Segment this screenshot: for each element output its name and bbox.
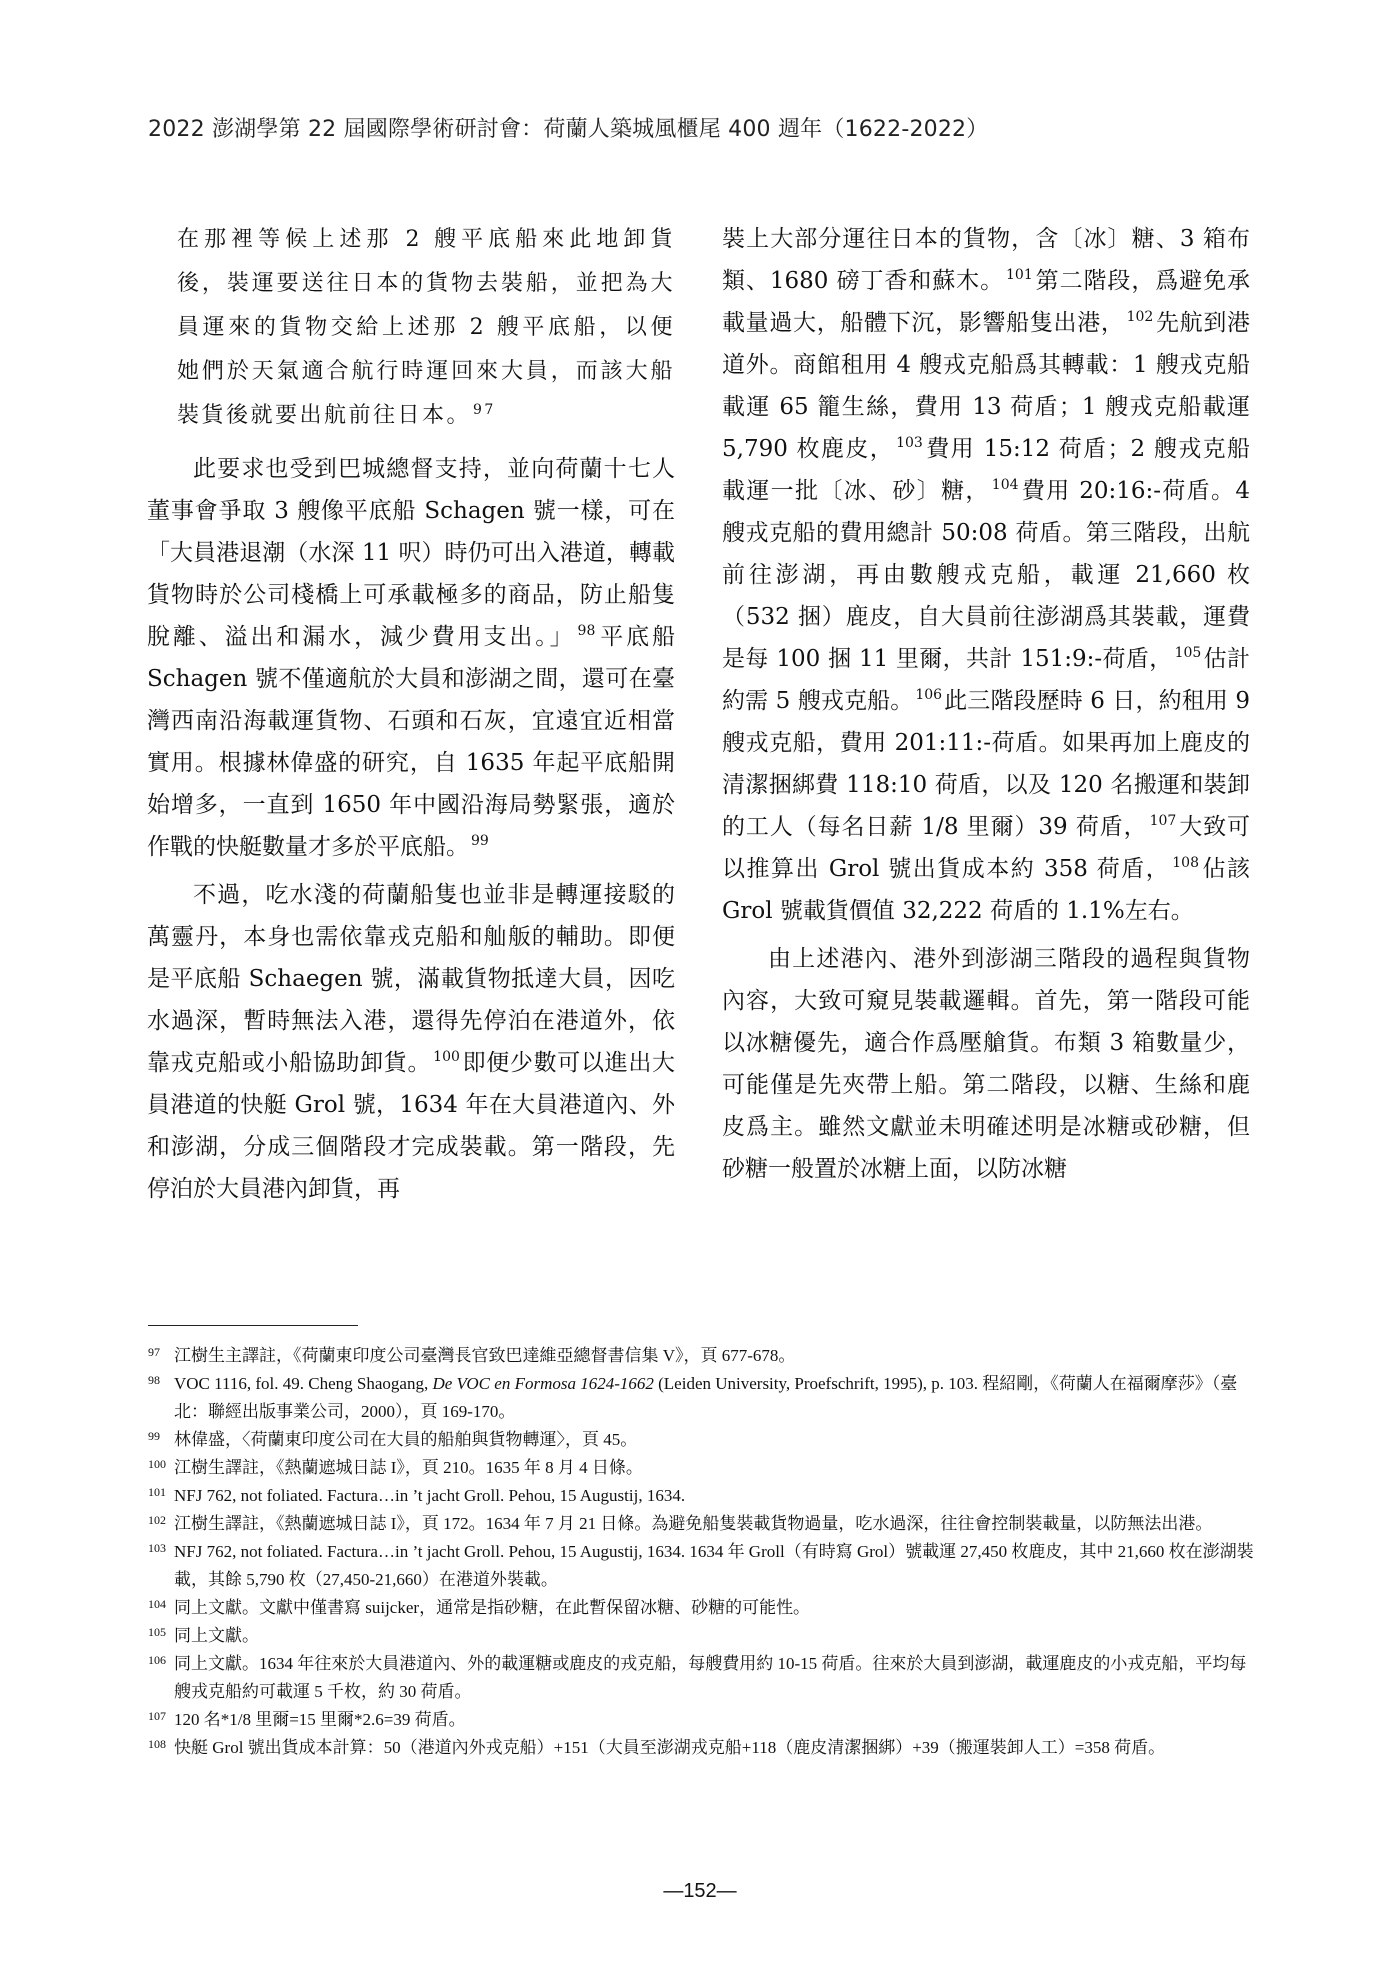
paragraph-text: 不過，吃水淺的荷蘭船隻也並非是轉運接駁的萬靈丹，本身也需依靠戎克船和舢舨的輔助。… bbox=[147, 882, 675, 1076]
footnote-text: 同上文獻。 bbox=[174, 1626, 259, 1645]
footnote-ref-101[interactable]: 101 bbox=[1006, 267, 1033, 283]
footnote-divider bbox=[148, 1325, 358, 1326]
paragraph: 不過，吃水淺的荷蘭船隻也並非是轉運接駁的萬靈丹，本身也需依靠戎克船和舢舨的輔助。… bbox=[147, 874, 675, 1210]
footnote-text: 同上文獻。1634 年往來於大員港道內、外的載運糖或鹿皮的戎克船，每艘費用約 1… bbox=[174, 1654, 1246, 1701]
footnote-number: 105 bbox=[148, 1622, 166, 1642]
page-number: —152— bbox=[0, 1880, 1400, 1903]
footnote-number: 107 bbox=[148, 1706, 166, 1726]
paragraph: 裝上大部分運往日本的貨物，含〔冰〕糖、3 箱布類、1680 磅丁香和蘇木。101… bbox=[722, 218, 1250, 932]
footnote-text: 江樹生譯註，《熱蘭遮城日誌 I》，頁 210。1635 年 8 月 4 日條。 bbox=[174, 1458, 643, 1477]
footnote-number: 101 bbox=[148, 1482, 166, 1502]
footnote-number: 97 bbox=[148, 1342, 160, 1362]
footnote-number: 103 bbox=[148, 1538, 166, 1558]
footnote-102: 102江樹生譯註，《熱蘭遮城日誌 I》，頁 172。1634 年 7 月 21 … bbox=[148, 1510, 1258, 1538]
paragraph-text: 費用 20:16:-荷盾。4 艘戎克船的費用總計 50:08 荷盾。第三階段，出… bbox=[722, 478, 1250, 672]
paragraph: 由上述港內、港外到澎湖三階段的過程與貨物內容，大致可窺見裝載邏輯。首先，第一階段… bbox=[722, 938, 1250, 1190]
footnote-99: 99林偉盛，〈荷蘭東印度公司在大員的船舶與貨物轉運〉，頁 45。 bbox=[148, 1426, 1258, 1454]
footnote-ref-106[interactable]: 106 bbox=[915, 687, 942, 703]
quote-text: 在那裡等候上述那 2 艘平底船來此地卸貨後，裝運要送往日本的貨物去裝船，並把為大… bbox=[177, 227, 675, 428]
paragraph-text: 此要求也受到巴城總督支持，並向荷蘭十七人董事會爭取 3 艘像平底船 Schage… bbox=[147, 456, 675, 650]
footnote-number: 98 bbox=[148, 1370, 160, 1390]
footnote-text: VOC 1116, fol. 49. Cheng Shaogang, bbox=[174, 1374, 432, 1393]
footnote-text: 江樹生譯註，《熱蘭遮城日誌 I》，頁 172。1634 年 7 月 21 日條。… bbox=[174, 1514, 1212, 1533]
footnote-103: 103NFJ 762, not foliated. Factura…in ’t … bbox=[148, 1538, 1258, 1594]
footnote-ref-105[interactable]: 105 bbox=[1175, 645, 1202, 661]
footnote-106: 106同上文獻。1634 年往來於大員港道內、外的載運糖或鹿皮的戎克船，每艘費用… bbox=[148, 1650, 1258, 1706]
paragraph-text: 由上述港內、港外到澎湖三階段的過程與貨物內容，大致可窺見裝載邏輯。首先，第一階段… bbox=[722, 946, 1250, 1182]
footnote-105: 105同上文獻。 bbox=[148, 1622, 1258, 1650]
footnote-text: 快艇 Grol 號出貨成本計算：50（港道內外戎克船）+151（大員至澎湖戎克船… bbox=[174, 1738, 1165, 1757]
footnote-ref-103[interactable]: 103 bbox=[896, 435, 923, 451]
footnote-number: 108 bbox=[148, 1734, 166, 1754]
footnote-number: 102 bbox=[148, 1510, 166, 1530]
footnote-text: NFJ 762, not foliated. Factura…in ’t jac… bbox=[174, 1486, 685, 1505]
footnote-text: 林偉盛，〈荷蘭東印度公司在大員的船舶與貨物轉運〉，頁 45。 bbox=[174, 1430, 637, 1449]
running-header: 2022 澎湖學第 22 屆國際學術研討會：荷蘭人築城風櫃尾 400 週年（16… bbox=[148, 112, 988, 143]
footnote-104: 104同上文獻。文獻中僅書寫 suijcker，通常是指砂糖，在此暫保留冰糖、砂… bbox=[148, 1594, 1258, 1622]
footnote-107: 107120 名*1/8 里爾=15 里爾*2.6=39 荷盾。 bbox=[148, 1706, 1258, 1734]
footnotes: 97江樹生主譯註，《荷蘭東印度公司臺灣長官致巴達維亞總督書信集 V》，頁 677… bbox=[148, 1342, 1258, 1762]
paragraph-text: 平底船 Schagen 號不僅適航於大員和澎湖之間，還可在臺灣西南沿海載運貨物、… bbox=[147, 624, 675, 860]
footnote-97: 97江樹生主譯註，《荷蘭東印度公司臺灣長官致巴達維亞總督書信集 V》，頁 677… bbox=[148, 1342, 1258, 1370]
footnote-ref-99[interactable]: 99 bbox=[471, 833, 489, 849]
block-quote: 在那裡等候上述那 2 艘平底船來此地卸貨後，裝運要送往日本的貨物去裝船，並把為大… bbox=[147, 218, 675, 438]
footnote-101: 101NFJ 762, not foliated. Factura…in ’t … bbox=[148, 1482, 1258, 1510]
footnote-ref-108[interactable]: 108 bbox=[1172, 855, 1199, 871]
footnote-98: 98VOC 1116, fol. 49. Cheng Shaogang, De … bbox=[148, 1370, 1258, 1426]
footnote-book-title: De VOC en Formosa 1624-1662 bbox=[432, 1374, 653, 1393]
footnote-ref-100[interactable]: 100 bbox=[433, 1049, 460, 1065]
footnote-number: 106 bbox=[148, 1650, 166, 1670]
footnote-number: 99 bbox=[148, 1426, 160, 1446]
footnote-number: 100 bbox=[148, 1454, 166, 1474]
right-column: 裝上大部分運往日本的貨物，含〔冰〕糖、3 箱布類、1680 磅丁香和蘇木。101… bbox=[722, 218, 1250, 1196]
footnote-ref-107[interactable]: 107 bbox=[1150, 813, 1177, 829]
footnote-108: 108快艇 Grol 號出貨成本計算：50（港道內外戎克船）+151（大員至澎湖… bbox=[148, 1734, 1258, 1762]
paragraph: 此要求也受到巴城總督支持，並向荷蘭十七人董事會爭取 3 艘像平底船 Schage… bbox=[147, 448, 675, 868]
footnote-ref-98[interactable]: 98 bbox=[578, 623, 596, 639]
footnote-ref-97[interactable]: 97 bbox=[473, 402, 496, 418]
footnote-ref-102[interactable]: 102 bbox=[1127, 309, 1154, 325]
footnote-number: 104 bbox=[148, 1594, 166, 1614]
footnote-text: 同上文獻。文獻中僅書寫 suijcker，通常是指砂糖，在此暫保留冰糖、砂糖的可… bbox=[174, 1598, 810, 1617]
footnote-text: 120 名*1/8 里爾=15 里爾*2.6=39 荷盾。 bbox=[174, 1710, 466, 1729]
footnote-100: 100江樹生譯註，《熱蘭遮城日誌 I》，頁 210。1635 年 8 月 4 日… bbox=[148, 1454, 1258, 1482]
footnote-ref-104[interactable]: 104 bbox=[992, 477, 1019, 493]
left-column: 在那裡等候上述那 2 艘平底船來此地卸貨後，裝運要送往日本的貨物去裝船，並把為大… bbox=[147, 218, 675, 1216]
footnote-text: NFJ 762, not foliated. Factura…in ’t jac… bbox=[174, 1542, 1254, 1589]
footnote-text: 江樹生主譯註，《荷蘭東印度公司臺灣長官致巴達維亞總督書信集 V》，頁 677-6… bbox=[174, 1346, 795, 1365]
